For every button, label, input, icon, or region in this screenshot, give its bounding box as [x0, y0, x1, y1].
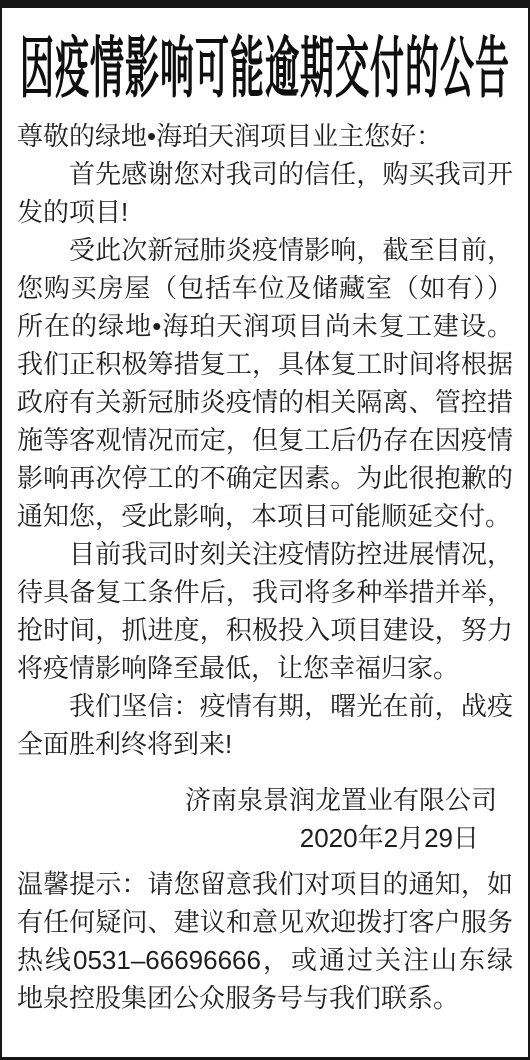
salutation-line: 尊敬的绿地•海珀天润项目业主您好： [17, 117, 513, 155]
notice-title-block: 因疫情影响可能逾期交付的公告 [2, 8, 528, 105]
paragraph-confidence: 我们坚信：疫情有期，曙光在前，战疫全面胜利终将到来! [17, 687, 513, 763]
signature-company: 济南泉景润龙置业有限公司 [17, 781, 497, 819]
notice-body: 尊敬的绿地•海珀天润项目业主您好： 首先感谢您对我司的信任，购买我司开发的项目!… [2, 105, 528, 1017]
paragraph-epidemic-impact: 受此次新冠肺炎疫情影响，截至目前，您购买房屋（包括车位及储藏室（如有））所在的绿… [17, 231, 513, 535]
paragraph-commitment: 目前我司时刻关注疫情防控进展情况，待具备复工条件后，我司将多种举措并举，抢时间，… [17, 535, 513, 687]
notice-title: 因疫情影响可能逾期交付的公告 [20, 15, 510, 111]
footer-notice: 温馨提示：请您留意我们对项目的通知，如有任何疑问、建议和意见欢迎拨打客户服务热线… [17, 865, 513, 1017]
notice-page: 因疫情影响可能逾期交付的公告 尊敬的绿地•海珀天润项目业主您好： 首先感谢您对我… [0, 0, 530, 1060]
signature-date: 2020年2月29日 [17, 819, 479, 857]
paragraph-thanks: 首先感谢您对我司的信任，购买我司开发的项目! [17, 155, 513, 231]
